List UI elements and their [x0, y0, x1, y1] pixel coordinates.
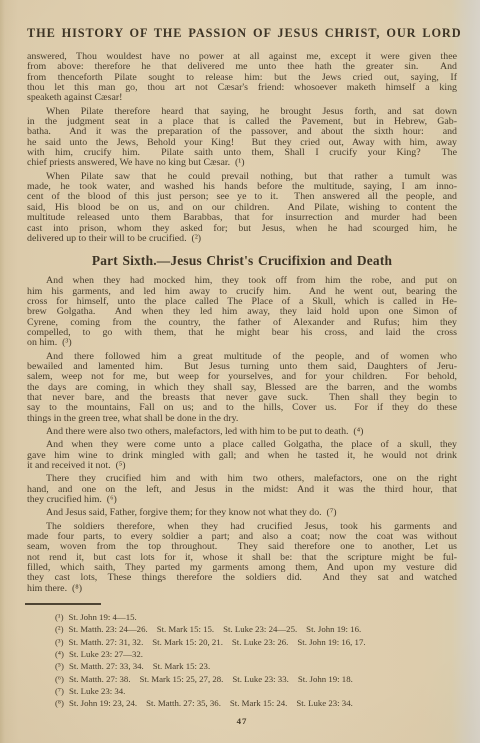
scripture-reference: St. Mark 15: 25, 27, 28. [140, 674, 224, 684]
scripture-reference: St. Luke 23: 34. [69, 686, 125, 696]
book-page: THE HISTORY OF THE PASSION OF JESUS CHRI… [0, 0, 480, 743]
paragraph: There they crucified him and with him tw… [27, 474, 457, 505]
footnote: (²)St. Matth. 23: 24—26.St. Mark 15: 15.… [55, 623, 457, 635]
footnote: (³)St. Matth. 27: 31, 32.St. Mark 15: 20… [55, 636, 457, 648]
paragraph: answered, Thou wouldest have no power at… [27, 52, 457, 104]
paragraph: And Jesus said, Father, forgive them; fo… [27, 508, 457, 518]
scripture-reference: St. Mark 15: 20, 21. [152, 637, 223, 647]
page-content: THE HISTORY OF THE PASSION OF JESUS CHRI… [0, 0, 480, 726]
scripture-reference: St. John 19: 4—15. [69, 612, 137, 622]
scripture-reference: St. John 19: 16. [306, 624, 361, 634]
text-line: multitude released unto them Barabbas, t… [27, 213, 457, 223]
footnotes: (¹)St. John 19: 4—15.(²)St. Matth. 23: 2… [27, 611, 457, 709]
section-heading: Part Sixth.—Jesus Christ's Crucifixion a… [27, 253, 457, 269]
footnote-marker: (⁷) [55, 685, 64, 697]
text-line: things in the green tree, what shall be … [27, 414, 457, 424]
text-line: compelled, to go with them, that he migh… [27, 328, 457, 338]
footnote: (⁷)St. Luke 23: 34. [55, 685, 457, 697]
scripture-reference: St. John 19: 18. [298, 674, 353, 684]
scripture-reference: St. Matth. 27: 33, 34. [69, 661, 144, 671]
paragraph: When Pilate saw that he could prevail no… [27, 172, 457, 244]
footnote-marker: (⁸) [55, 697, 64, 709]
footnote-marker: (⁵) [55, 660, 64, 672]
scripture-reference: St. Luke 23: 34. [296, 698, 352, 708]
footnote-marker: (⁶) [55, 673, 64, 685]
paragraph: The soldiers therefore, when they had cr… [27, 522, 457, 594]
paragraph: When Pilate therefore heard that saying,… [27, 107, 457, 169]
scripture-reference: St. Matth. 23: 24—26. [69, 624, 148, 634]
paragraph: And when they were come unto a place cal… [27, 440, 457, 471]
footnote: (⁴)St. Luke 23: 27—32. [55, 648, 457, 660]
body-text: answered, Thou wouldest have no power at… [27, 52, 457, 594]
text-line: brew Golgatha. And when they led him awa… [27, 307, 457, 317]
text-line: speaketh against Cæsar! [27, 93, 457, 103]
scripture-reference: St. Mark 15: 15. [157, 624, 214, 634]
scripture-reference: St. Luke 23: 33. [232, 674, 288, 684]
text-line: And when they had mocked him, they took … [27, 276, 457, 286]
page-title: THE HISTORY OF THE PASSION OF JESUS CHRI… [27, 26, 457, 41]
footnote-divider [25, 603, 101, 605]
paragraph: And there followed him a great multitude… [27, 352, 457, 424]
scripture-reference: St. Luke 23: 27—32. [69, 649, 143, 659]
scripture-reference: St. Mark 15: 23. [153, 661, 210, 671]
text-line: And there were also two others, malefact… [27, 427, 457, 437]
text-line: chief priests answered, We have no king … [27, 158, 457, 168]
scripture-reference: St. John 19: 16, 17. [297, 637, 365, 647]
scripture-reference: St. Luke 23: 26. [232, 637, 288, 647]
scripture-reference: St. Matth. 27: 38. [69, 674, 131, 684]
paragraph: And there were also two others, malefact… [27, 427, 457, 437]
paragraph: And when they had mocked him, they took … [27, 276, 457, 348]
footnote-marker: (³) [55, 636, 64, 648]
text-line: delivered up to their will to be crucifi… [27, 234, 457, 244]
footnote: (⁶)St. Matth. 27: 38.St. Mark 15: 25, 27… [55, 673, 457, 685]
scripture-reference: St. Matth. 27: 31, 32. [69, 637, 144, 647]
text-line: on him. (³) [27, 338, 457, 348]
text-line: And Jesus said, Father, forgive them; fo… [27, 508, 457, 518]
footnote: (¹)St. John 19: 4—15. [55, 611, 457, 623]
footnote-marker: (⁴) [55, 648, 64, 660]
footnote: (⁸)St. John 19: 23, 24.St. Matth. 27: 35… [55, 697, 457, 709]
scripture-reference: St. Mark 15: 24. [230, 698, 287, 708]
text-line: him there. (⁸) [27, 584, 457, 594]
text-line: they crucified him. (⁶) [27, 495, 457, 505]
footnote: (⁵)St. Matth. 27: 33, 34.St. Mark 15: 23… [55, 660, 457, 672]
text-line: it and received it not. (⁵) [27, 461, 457, 471]
scripture-reference: St. Matth. 27: 35, 36. [146, 698, 221, 708]
page-number: 47 [27, 716, 457, 726]
scripture-reference: St. Luke 23: 24—25. [223, 624, 297, 634]
scripture-reference: St. John 19: 23, 24. [69, 698, 137, 708]
footnote-marker: (²) [55, 623, 64, 635]
footnote-marker: (¹) [55, 611, 64, 623]
text-line: they cast lots, These things therefore t… [27, 573, 457, 583]
